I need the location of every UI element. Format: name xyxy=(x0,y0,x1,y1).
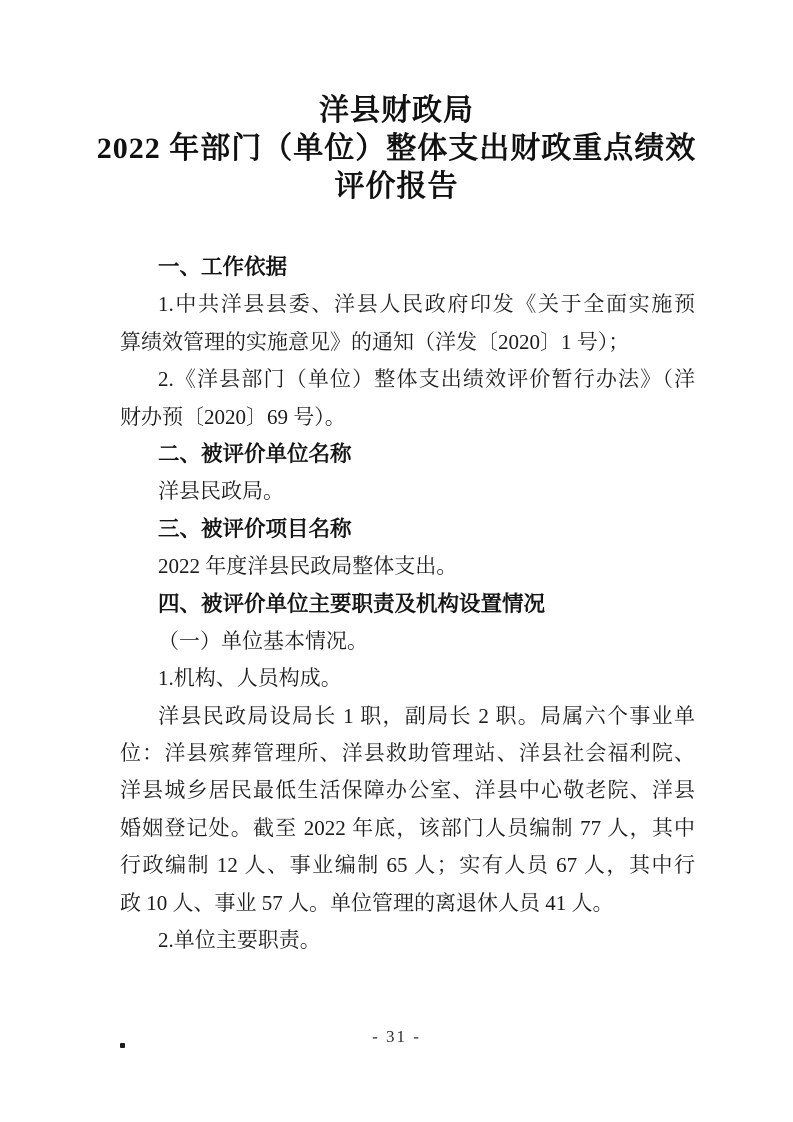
body-line: 位：洋县殡葬管理所、洋县救助管理站、洋县社会福利院、 xyxy=(120,735,695,772)
body-line: 财办预〔2020〕69 号）。 xyxy=(120,399,695,436)
body-line: 2.《洋县部门（单位）整体支出绩效评价暂行办法》（洋 xyxy=(120,361,695,398)
page-number: - 31 - xyxy=(0,1027,793,1047)
body-line: 政 10 人、事业 57 人。单位管理的离退休人员 41 人。 xyxy=(120,885,695,922)
body-line: 行政编制 12 人、事业编制 65 人；实有人员 67 人，其中行 xyxy=(120,847,695,884)
body-line: （一）单位基本情况。 xyxy=(120,623,695,660)
document-title: 洋县财政局 2022 年部门（单位）整体支出财政重点绩效 评价报告 xyxy=(0,92,793,206)
title-line: 洋县财政局 xyxy=(0,92,793,130)
document-page: 洋县财政局 2022 年部门（单位）整体支出财政重点绩效 评价报告 一、工作依据… xyxy=(0,0,793,1122)
body-line: 2.单位主要职责。 xyxy=(120,922,695,959)
document-body: 一、工作依据1.中共洋县县委、洋县人民政府印发《关于全面实施预算绩效管理的实施意… xyxy=(120,249,695,959)
body-line: 1.机构、人员构成。 xyxy=(120,660,695,697)
section-heading: 三、被评价项目名称 xyxy=(120,511,695,548)
body-line: 洋县民政局设局长 1 职，副局长 2 职。局属六个事业单 xyxy=(120,698,695,735)
section-heading: 一、工作依据 xyxy=(120,249,695,286)
body-line: 2022 年度洋县民政局整体支出。 xyxy=(120,548,695,585)
body-line: 算绩效管理的实施意见》的通知（洋发〔2020〕1 号）； xyxy=(120,324,695,361)
title-line: 评价报告 xyxy=(0,168,793,206)
body-line: 洋县民政局。 xyxy=(120,473,695,510)
stray-ink-dot xyxy=(120,1043,125,1048)
body-line: 洋县城乡居民最低生活保障办公室、洋县中心敬老院、洋县 xyxy=(120,772,695,809)
body-line: 婚姻登记处。截至 2022 年底，该部门人员编制 77 人，其中 xyxy=(120,810,695,847)
body-line: 1.中共洋县县委、洋县人民政府印发《关于全面实施预 xyxy=(120,286,695,323)
section-heading: 二、被评价单位名称 xyxy=(120,436,695,473)
title-line: 2022 年部门（单位）整体支出财政重点绩效 xyxy=(0,130,793,168)
section-heading: 四、被评价单位主要职责及机构设置情况 xyxy=(120,586,695,623)
